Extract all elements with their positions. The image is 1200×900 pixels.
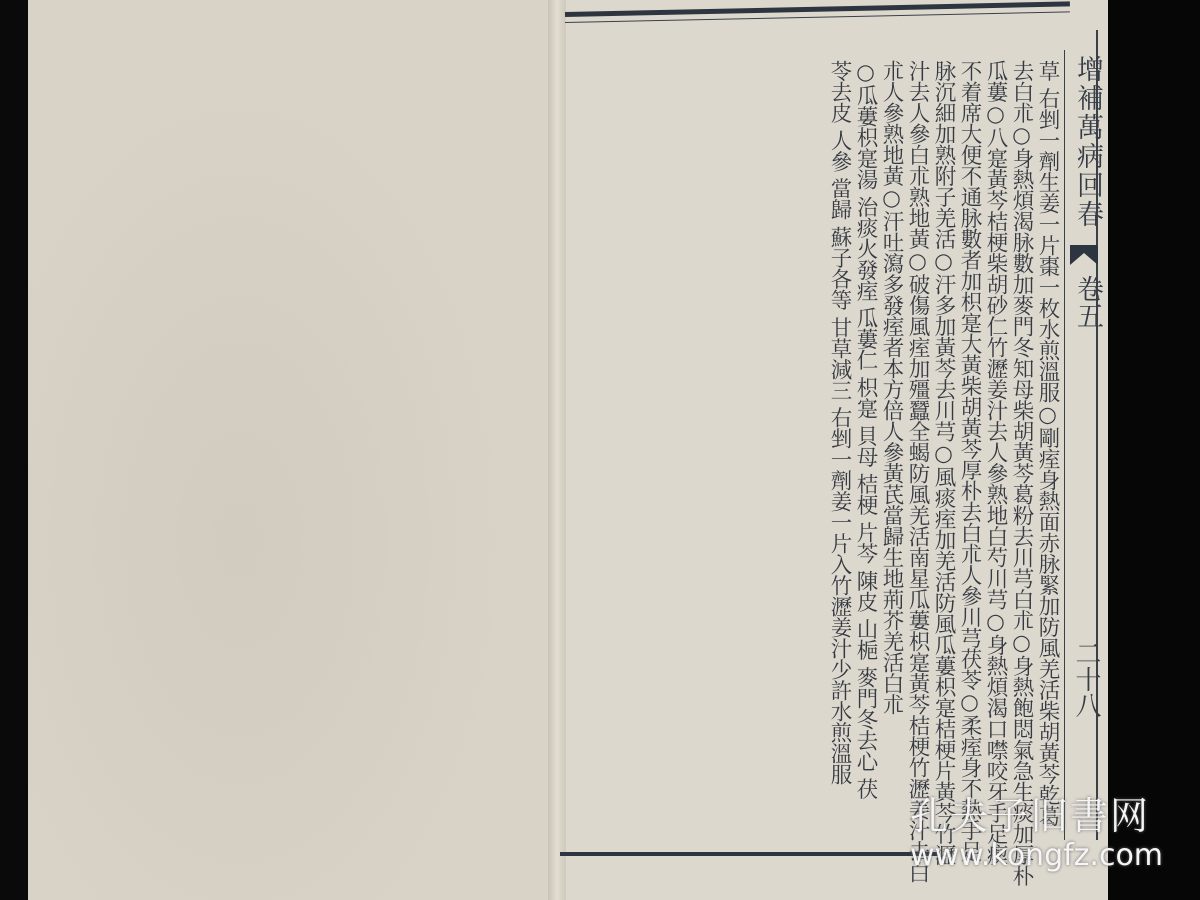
text-column: 汁去人參白朮熟地黃○破傷風痓加殭蠶全蝎防風羌活南星瓜蔞枳寔黃芩桔梗竹瀝姜汁去白 bbox=[904, 60, 930, 840]
volume-label: 卷五 bbox=[1068, 275, 1107, 329]
text-column: 不着席大便不通脉數者加枳寔大黃柴胡黃芩厚朴去白朮人參川芎茯苓○柔痓身不熱手足 bbox=[956, 60, 982, 840]
page-frame-bottom-border bbox=[560, 852, 940, 856]
page-number: 二十八 bbox=[1068, 640, 1105, 718]
watermark-site-name: 孔夫子旧書网 bbox=[910, 785, 1163, 840]
book-title: 增補萬病回春 bbox=[1068, 55, 1107, 229]
watermark: 孔夫子旧書网 www.kongfz.com bbox=[910, 785, 1163, 873]
text-column: 脉沉細加熟附子羌活○汗多加黃芩去川芎○風痰痓加羌活防風瓜蔞枳寔桔梗片黃芩竹瀝 bbox=[930, 60, 956, 840]
blank-left-page bbox=[28, 0, 558, 900]
text-column: 去白朮○身熱煩渴脉數加麥門冬知母柴胡黃芩葛粉去川芎白朮○身熱飽悶氣急生痰加厚朴 bbox=[1008, 60, 1034, 840]
main-text-block: 草 右剉一劑生姜一片棗一枚水煎溫服○剛痓身熱面赤脉緊加防風羌活柴胡黃芩乾葛 去白… bbox=[826, 60, 1060, 840]
dark-background-left bbox=[0, 0, 28, 900]
text-column: 朮人參熟地黃○汗吐瀉多發痓者本方倍人參黃芪當歸生地荊芥羌活白朮 bbox=[878, 60, 904, 840]
book-gutter bbox=[548, 0, 566, 900]
dark-background-right bbox=[1108, 0, 1200, 900]
text-column: 瓜蔞○八寔黃芩桔梗柴胡砂仁竹瀝姜汁去人參熟地白芍川芎○身熱煩渴口噤咬牙手足瘈 bbox=[982, 60, 1008, 840]
text-column: 草 右剉一劑生姜一片棗一枚水煎溫服○剛痓身熱面赤脉緊加防風羌活柴胡黃芩乾葛 bbox=[1034, 60, 1060, 840]
text-column: 苓去皮 人參 當歸 蘇子各等 甘草減三 右剉一劑姜一片入竹瀝姜汁少許水煎溫服 bbox=[826, 60, 852, 840]
text-column: ○瓜蔞枳寔湯 治痰火發痓 瓜蔞仁 枳寔 貝母 桔梗 片芩 陳皮 山梔 麥門冬去心… bbox=[852, 60, 878, 840]
watermark-url: www.kongfz.com bbox=[910, 838, 1163, 873]
